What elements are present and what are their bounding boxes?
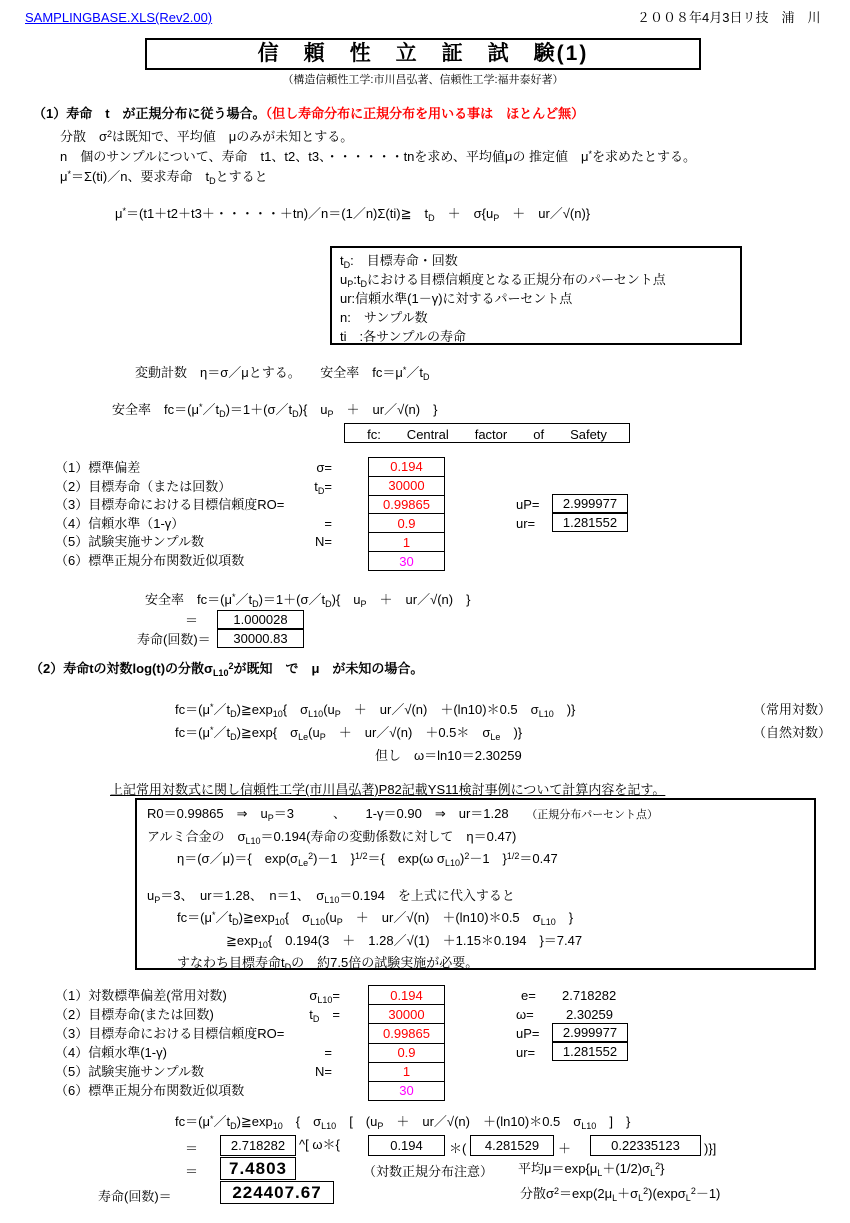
table1-value-cell[interactable]: 1 <box>369 533 444 552</box>
legend-line-ur: ur:信頼水準(1－γ)に対するパーセント点 <box>340 289 732 308</box>
legend-line-td: tD: 目標寿命・回数 <box>340 251 732 270</box>
casebox-line-7: すなわち目標寿命tDの 約7.5倍の試験実施が必要。 <box>177 955 478 971</box>
table2-row-label: （3）目標寿命における目標信頼度RO= <box>55 1026 284 1042</box>
term-b-value: 0.22335123 <box>611 1138 680 1153</box>
up-label: uP= <box>516 497 540 513</box>
life-result-box: 30000.83 <box>217 629 304 648</box>
table2-row-sym: = <box>230 1045 332 1061</box>
table2-value-cell[interactable]: 30000 <box>369 1005 444 1024</box>
table2-value-cell[interactable]: 0.194 <box>369 986 444 1005</box>
table1-value-cell[interactable]: 0.9 <box>369 514 444 533</box>
omega-line: 但し ω＝ln10＝2.30259 <box>375 748 522 764</box>
page-subtitle: （構造信頼性工学:市川昌弘著、信頼性工学:福井泰好著） <box>145 74 701 88</box>
table1-row-sym: = <box>230 516 332 532</box>
table2-row-sym: tD = <box>238 1007 340 1023</box>
section1-line-1: 分散 σ2は既知で、平均値 μのみが未知とする。 <box>60 129 353 145</box>
life-final-value: 224407.67 <box>232 1183 321 1203</box>
term-a-box: 4.281529 <box>470 1135 554 1156</box>
section1-line-3: μ*＝Σ(ti)／n、要求寿命 tDとすると <box>60 169 268 185</box>
table1-value-column: 0.194 30000 0.99865 0.9 1 30 <box>368 457 445 571</box>
plus-sign: ＋ <box>558 1141 571 1157</box>
bottom-formula: fc＝(μ*／tD)≧exp10 { σL10 [ (uP ＋ ur／√(n) … <box>175 1114 630 1130</box>
bottom-eq2: ＝ <box>185 1164 198 1180</box>
up-value-box: 2.999977 <box>552 494 628 513</box>
lognormal-note: （対数正規分布注意） <box>363 1164 493 1180</box>
sigma-box: 0.194 <box>368 1135 445 1156</box>
e-value: 2.718282 <box>562 988 616 1004</box>
variance-formula: 分散σ2＝exp(2μL＋σL2)(expσL2－1) <box>520 1186 720 1202</box>
reference-line: 上記常用対数式に関し信頼性工学(市川昌弘著)P82記載YS11検討事例について計… <box>110 782 665 798</box>
table1-value-cell[interactable]: 30 <box>369 552 444 570</box>
fc-result-box: 1.000028 <box>217 610 304 629</box>
casebox-line-5: fc＝(μ*／tD)≧exp10{ σL10(uP ＋ ur／√(n) ＋(ln… <box>177 910 573 926</box>
section1-heading: （1）寿命 t が正規分布に従う場合。 <box>33 106 266 121</box>
casebox-line-2: アルミ合金の σL10＝0.194(寿命の変動係数に対して η＝0.47) <box>147 829 516 845</box>
up2-label: uP= <box>516 1026 540 1042</box>
casebox-line-6: ≧exp10{ 0.194(3 ＋ 1.28／√(1) ＋1.15＊0.194 … <box>226 933 582 949</box>
ur-value-box: 1.281552 <box>552 513 628 532</box>
table1-row-sym: N= <box>230 534 332 550</box>
result1-eq: ＝ <box>185 613 198 629</box>
legend-line-ti: ti :各サンプルの寿命 <box>340 327 732 346</box>
table2-value-cell[interactable]: 30 <box>369 1082 444 1100</box>
ur2-label: ur= <box>516 1045 535 1061</box>
safety-formula: 安全率 fc＝(μ*／tD)＝1＋(σ／tD){ uP ＋ ur／√(n) } <box>112 402 437 418</box>
life-result-value: 30000.83 <box>233 631 287 646</box>
formula-log10: fc＝(μ*／tD)≧exp10{ σL10(uP ＋ ur／√(n) ＋(ln… <box>175 702 575 718</box>
samplingbase-link[interactable]: SAMPLINGBASE.XLS(Rev2.00) <box>25 10 212 26</box>
table1-row-sym: tD= <box>230 479 332 495</box>
casebox-line1-note: （正規分布パーセント点） <box>526 809 658 821</box>
casebox-line-1: R0＝0.99865 ⇒ uP＝3 、 1-γ＝0.90 ⇒ ur＝1.28 <box>147 806 509 821</box>
formula-ln-note: （自然対数） <box>753 725 831 741</box>
table2-value-cell[interactable]: 0.99865 <box>369 1024 444 1043</box>
section1-line-2: n 個のサンプルについて、寿命 t1、t2、t3、・・・・・・tnを求め、平均値… <box>60 149 696 165</box>
table1-row-label: （4）信頼水準（1-γ） <box>55 516 184 532</box>
exp-prefix: ^[ ω＊{ <box>299 1137 340 1153</box>
table1-row-label: （1）標準偏差 <box>55 460 140 476</box>
date-author: ２００８年4月3日リ技 浦 川 <box>637 10 820 26</box>
fc-definition-label: fc: Central factor of Safety <box>367 424 607 443</box>
up-value: 2.999977 <box>563 496 617 511</box>
e-base-value: 2.718282 <box>231 1138 285 1153</box>
ur-value: 1.281552 <box>563 515 617 530</box>
legend-box: tD: 目標寿命・回数 uP:tDにおける目標信頼度となる正規分布のパーセント点… <box>330 246 742 345</box>
term-a-value: 4.281529 <box>485 1138 539 1153</box>
formula-ln: fc＝(μ*／tD)≧exp{ σLe(uP ＋ ur／√(n) ＋0.5＊ σ… <box>175 725 522 741</box>
ur2-value: 1.281552 <box>563 1044 617 1059</box>
up2-value: 2.999977 <box>563 1025 617 1040</box>
section2-heading: （2）寿命tの対数log(t)の分散σL102が既知 で μ が未知の場合。 <box>30 661 423 677</box>
table1-value-cell[interactable]: 0.194 <box>369 458 444 477</box>
result1-formula: 安全率 fc＝(μ*／tD)＝1＋(σ／tD){ uP ＋ ur／√(n) } <box>145 592 470 608</box>
table2-row-label: （5）試験実施サンプル数 <box>55 1064 204 1080</box>
casebox-line-4: uP＝3、 ur＝1.28、 n＝1、 σL10＝0.194 を上式に代入すると <box>147 888 515 904</box>
fc-final-value: 7.4803 <box>229 1159 287 1179</box>
table2-row-label: （1）対数標準偏差(常用対数) <box>55 988 227 1004</box>
table1-row-label: （3）目標寿命における目標信頼度RO= <box>55 497 284 513</box>
legend-line-up: uP:tDにおける目標信頼度となる正規分布のパーセント点 <box>340 270 732 289</box>
table2-row-sym: σL10= <box>238 988 340 1004</box>
formula-tail: )}] <box>704 1141 716 1157</box>
table1-row-label: （6）標準正規分布関数近似項数 <box>55 553 244 569</box>
omega-value: 2.30259 <box>566 1007 613 1023</box>
e-base-box: 2.718282 <box>220 1135 296 1156</box>
variation-line: 変動計数 η＝σ／μとする。 安全率 fc＝μ*／tD <box>135 365 430 381</box>
table1-row-label: （5）試験実施サンプル数 <box>55 534 204 550</box>
bottom-eq1: ＝ <box>185 1141 198 1157</box>
life-final-label: 寿命(回数)＝ <box>98 1189 172 1205</box>
table2-row-sym: N= <box>230 1064 332 1080</box>
legend-line-n: n: サンプル数 <box>340 308 732 327</box>
formula-log10-note: （常用対数） <box>753 702 831 718</box>
mean-formula: 平均μ＝exp{μL＋(1/2)σL2} <box>518 1161 664 1177</box>
life-final-box: 224407.67 <box>220 1181 334 1204</box>
table2-row-label: （2）目標寿命(または回数) <box>55 1007 214 1023</box>
table1-value-cell[interactable]: 30000 <box>369 477 444 496</box>
up2-value-box: 2.999977 <box>552 1023 628 1042</box>
worksheet-page: SAMPLINGBASE.XLS(Rev2.00) ２００８年4月3日リ技 浦 … <box>0 0 850 1223</box>
title-box: 信 頼 性 立 証 試 験(1) <box>145 38 701 70</box>
sigma-value: 0.194 <box>390 1138 423 1153</box>
fc-final-box: 7.4803 <box>220 1157 296 1180</box>
table1-row-sym: σ= <box>230 460 332 476</box>
section1-heading-note: （但し寿命分布に正規分布を用いる事は ほとんど無） <box>266 106 585 121</box>
table2-value-column: 0.194 30000 0.99865 0.9 1 30 <box>368 985 445 1101</box>
page-title: 信 頼 性 立 証 試 験(1) <box>258 42 589 65</box>
fc-result-value: 1.000028 <box>233 612 287 627</box>
fc-definition-box: fc: Central factor of Safety <box>344 423 630 443</box>
table2-row-label: （4）信頼水準(1-γ) <box>55 1045 167 1061</box>
ur2-value-box: 1.281552 <box>552 1042 628 1061</box>
table2-value-cell[interactable]: 0.9 <box>369 1044 444 1063</box>
table2-value-cell[interactable]: 1 <box>369 1063 444 1082</box>
table2-row-label: （6）標準正規分布関数近似項数 <box>55 1083 244 1099</box>
e-label: e= <box>521 988 536 1004</box>
omega-label: ω= <box>516 1007 534 1023</box>
life-result-label: 寿命(回数)＝ <box>137 632 211 648</box>
table1-value-cell[interactable]: 0.99865 <box>369 496 444 515</box>
ur-label: ur= <box>516 516 535 532</box>
mult-sign: ＊( <box>449 1141 466 1157</box>
casebox-line-3: η＝(σ／μ)＝{ exp(σLe2)－1 }1/2＝{ exp(ω σL10)… <box>177 851 558 867</box>
table1-row-label: （2）目標寿命（または回数） <box>55 479 231 495</box>
section1-formula: μ*＝(t1＋t2＋t3＋・・・・・＋tn)／n＝(1／n)Σ(ti)≧ tD … <box>115 206 590 222</box>
term-b-box: 0.22335123 <box>590 1135 701 1156</box>
